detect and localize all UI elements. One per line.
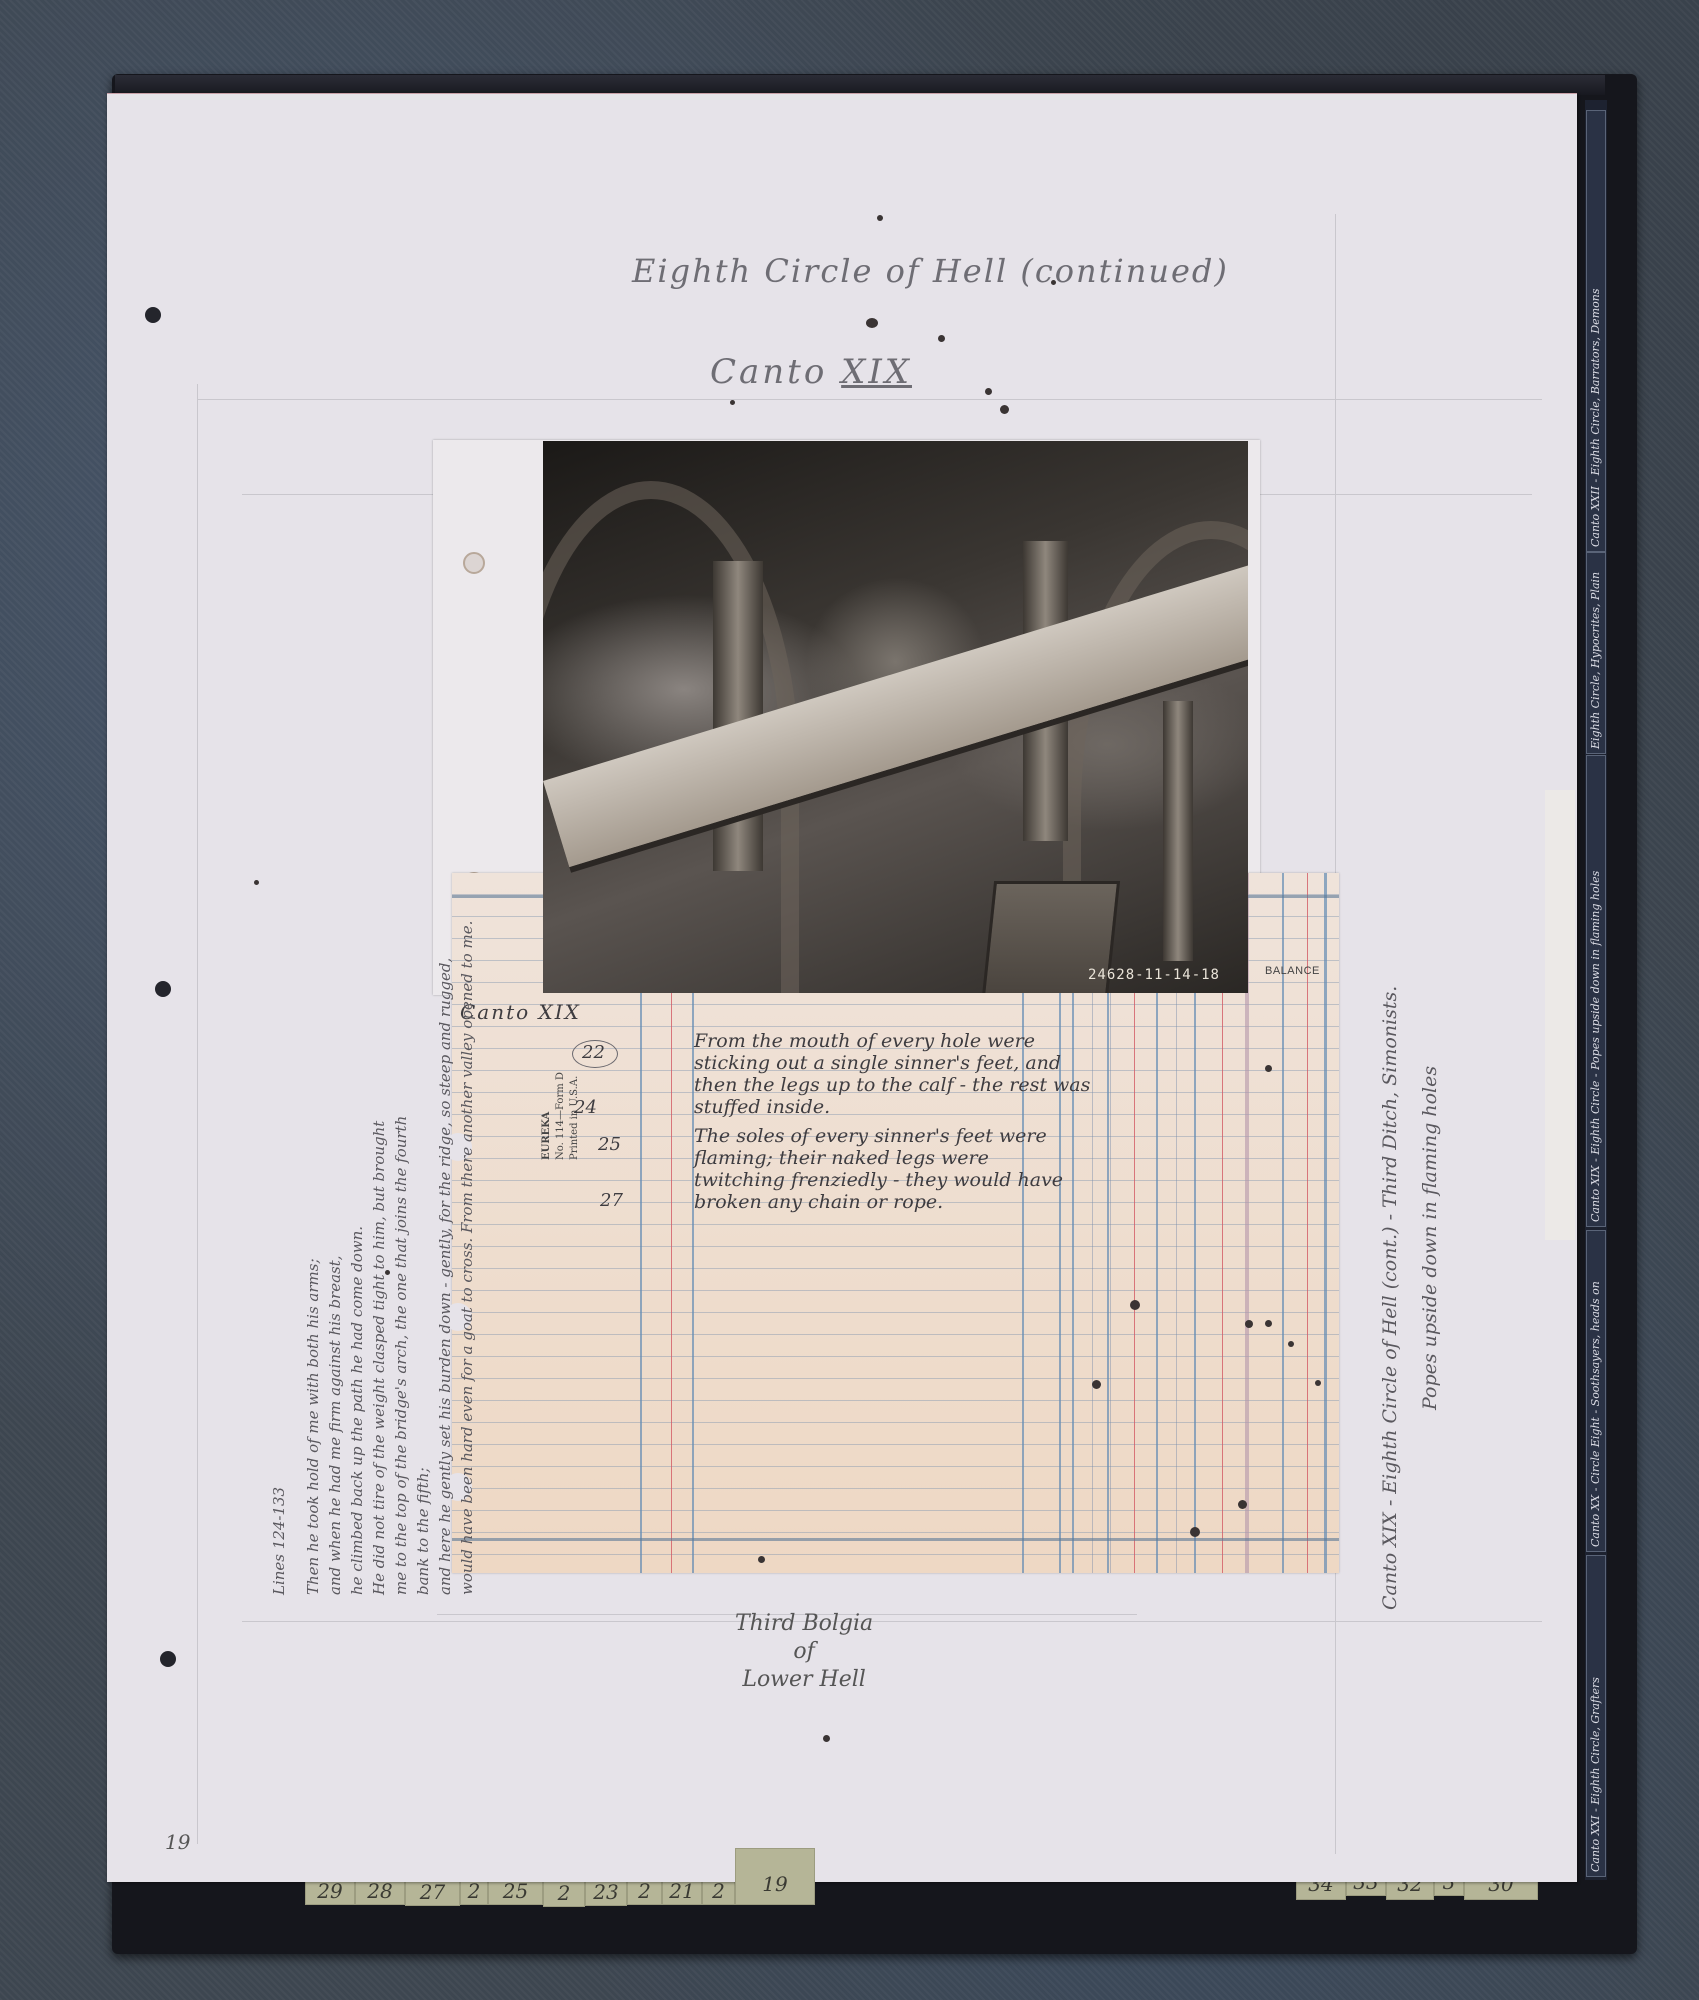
ledger-text-line: sticking out a single sinner's feet, and bbox=[694, 1052, 1090, 1074]
spine-label-text: Canto XX - Circle Eight - Soothsayers, h… bbox=[1589, 1281, 1602, 1547]
ledger-text-line: flaming; their naked legs were bbox=[694, 1147, 1063, 1169]
guide-line bbox=[197, 384, 198, 1844]
note-line: he climbed back up the path he had come … bbox=[346, 921, 368, 1595]
note-line: Canto XIX - Eighth Circle of Hell (cont.… bbox=[1370, 986, 1410, 1610]
binder-top-edge bbox=[115, 75, 1605, 95]
guide-line bbox=[242, 1621, 1542, 1622]
note-line: Lower Hell bbox=[735, 1666, 873, 1694]
ledger-paragraph: The soles of every sinner's feet were fl… bbox=[694, 1125, 1063, 1213]
spine-label-text: Canto XXII - Eighth Circle, Barrators, D… bbox=[1589, 289, 1602, 547]
ledger-column-line bbox=[1324, 873, 1327, 1573]
ledger-column-line bbox=[1307, 873, 1308, 1573]
right-notes: Canto XIX - Eighth Circle of Hell (cont.… bbox=[1370, 986, 1450, 1610]
note-line: Popes upside down in flaming holes bbox=[1410, 986, 1450, 1610]
spine-label: Canto XXI - Eighth Circle, Grafters bbox=[1586, 1555, 1606, 1877]
imprint-printed: Printed in U.S.A. bbox=[568, 1072, 582, 1160]
note-line: and here he gently set his burden down -… bbox=[434, 921, 456, 1595]
note-line: of bbox=[735, 1638, 873, 1666]
spine-label-text: Canto XXI - Eighth Circle, Grafters bbox=[1589, 1677, 1602, 1872]
note-line: Third Bolgia bbox=[735, 1610, 873, 1638]
ledger-paragraph: From the mouth of every hole were sticki… bbox=[694, 1030, 1090, 1118]
line-number: 25 bbox=[598, 1134, 621, 1155]
page-heading: Eighth Circle of Hell (continued) bbox=[632, 252, 1229, 290]
spine-label: Canto XIX - Eighth Circle - Popes upside… bbox=[1586, 755, 1606, 1227]
ledger-footer-rule bbox=[452, 1538, 1339, 1541]
imprint-form: No. 114—Form D bbox=[554, 1072, 568, 1160]
canto-number: XIX bbox=[841, 352, 912, 392]
page-tab-current[interactable]: 19 bbox=[735, 1848, 815, 1905]
guide-line bbox=[197, 399, 1542, 400]
page-number: 19 bbox=[165, 1830, 190, 1854]
note-line: and when he had me firm against his brea… bbox=[324, 921, 346, 1595]
ledger-text-line: stuffed inside. bbox=[694, 1096, 1090, 1118]
note-line: Then he took hold of me with both his ar… bbox=[302, 921, 324, 1595]
lines-reference: Lines 124-133 bbox=[268, 921, 290, 1595]
punch-hole bbox=[160, 1651, 176, 1667]
photo-press-column bbox=[1163, 701, 1193, 961]
canto-heading: Canto XIX bbox=[710, 352, 912, 392]
tape-strip bbox=[1545, 790, 1575, 1240]
ledger-text-line: twitching frenziedly - they would have bbox=[694, 1169, 1063, 1191]
spine-label-text: Canto XIX - Eighth Circle - Popes upside… bbox=[1589, 871, 1602, 1222]
canto-label: Canto bbox=[710, 352, 827, 392]
ledger-text-line: From the mouth of every hole were bbox=[694, 1030, 1090, 1052]
circled-line-number bbox=[572, 1040, 618, 1068]
note-line: He did not tire of the weight clasped ti… bbox=[368, 921, 390, 1595]
note-line: bank to the fifth; bbox=[412, 921, 434, 1595]
ledger-column-line bbox=[1282, 873, 1284, 1573]
machinery-photograph: 24628-11-14-18 bbox=[543, 441, 1248, 993]
ledger-text-line: then the legs up to the calf - the rest … bbox=[694, 1074, 1090, 1096]
spine-label-text: Eighth Circle, Hypocrites, Plain bbox=[1589, 572, 1602, 749]
spine-label: Canto XXII - Eighth Circle, Barrators, D… bbox=[1586, 110, 1606, 552]
ledger-text-line: broken any chain or rope. bbox=[694, 1191, 1063, 1213]
line-number: 27 bbox=[600, 1190, 623, 1211]
ledger-text-line: The soles of every sinner's feet were bbox=[694, 1125, 1063, 1147]
spine-label: Eighth Circle, Hypocrites, Plain bbox=[1586, 552, 1606, 754]
imprint-brand: EUREKA bbox=[540, 1072, 554, 1160]
punch-hole bbox=[145, 307, 161, 323]
note-line: me to the top of the bridge's arch, the … bbox=[390, 921, 412, 1595]
ledger-imprint: EUREKA No. 114—Form D Printed in U.S.A. bbox=[540, 1072, 582, 1160]
negative-number: 24628-11-14-18 bbox=[1088, 967, 1220, 983]
ledger-canto-heading: Canto XIX bbox=[460, 1000, 581, 1024]
left-notes: Lines 124-133 Then he took hold of me wi… bbox=[268, 921, 478, 1595]
punch-hole bbox=[155, 981, 171, 997]
mount-hole bbox=[463, 552, 485, 574]
bottom-note: Third Bolgia of Lower Hell bbox=[735, 1610, 873, 1694]
spine-label: Canto XX - Circle Eight - Soothsayers, h… bbox=[1586, 1230, 1606, 1552]
balance-column-label: BALANCE bbox=[1265, 965, 1320, 977]
note-line: would have been hard even for a goat to … bbox=[456, 921, 478, 1595]
